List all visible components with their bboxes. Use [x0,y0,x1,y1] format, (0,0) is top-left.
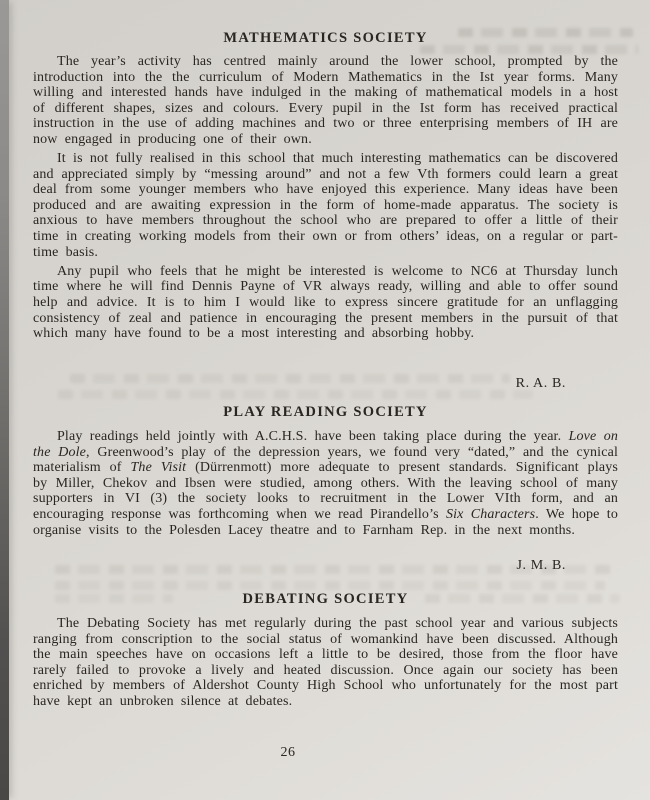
paragraph: The Debating Society has met regularly d… [33,616,618,710]
section-heading-mathematics-society: MATHEMATICS SOCIETY [33,30,618,47]
page-number: 26 [33,745,543,761]
section-heading-play-reading-society: PLAY READING SOCIETY [33,404,618,421]
scanned-page: MATHEMATICS SOCIETY The year’s activity … [0,0,650,800]
page-left-edge-shadow [0,0,9,800]
paragraph: Any pupil who feels that he might be int… [33,264,618,342]
signature-initials: J. M. B. [33,558,618,574]
section-body-debating-society: The Debating Society has met regularly d… [33,616,618,710]
section-body-mathematics-society: The year’s activity has centred mainly a… [33,54,618,342]
paragraph: The year’s activity has centred mainly a… [33,54,618,148]
paragraph: Play readings held jointly with A.C.H.S.… [33,429,618,538]
paragraph: It is not fully realised in this school … [33,151,618,260]
section-heading-debating-society: DEBATING SOCIETY [33,591,618,608]
signature-initials: R. A. B. [33,376,618,392]
showthrough-smudge [55,581,605,590]
section-body-play-reading-society: Play readings held jointly with A.C.H.S.… [33,429,618,538]
